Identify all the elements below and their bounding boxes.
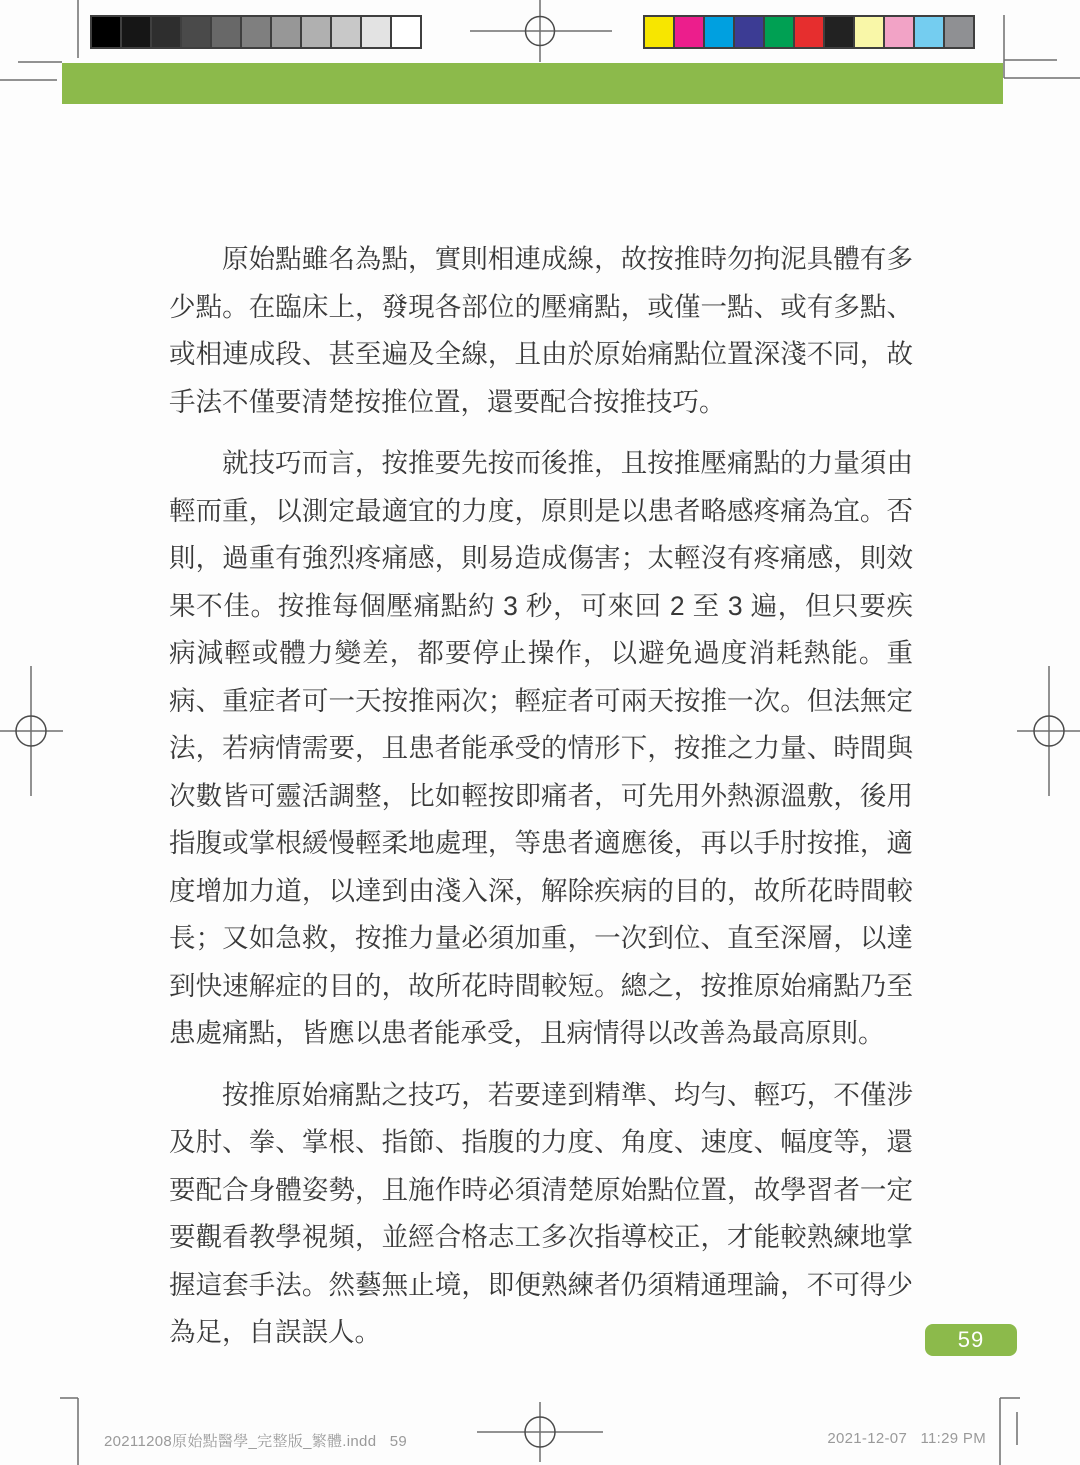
grayscale-swatch xyxy=(270,17,300,47)
color-swatch xyxy=(703,17,733,47)
color-swatch xyxy=(673,17,703,47)
grayscale-swatch xyxy=(92,17,120,47)
grayscale-swatch xyxy=(150,17,180,47)
grayscale-swatch xyxy=(330,17,360,47)
footer-datetime: 2021-12-07 11:29 PM xyxy=(827,1430,986,1447)
color-swatch xyxy=(943,17,973,47)
grayscale-swatch xyxy=(120,17,150,47)
grayscale-swatch xyxy=(360,17,390,47)
color-swatch xyxy=(853,17,883,47)
grayscale-swatch xyxy=(300,17,330,47)
color-swatch xyxy=(645,17,673,47)
registration-mark-top-circle xyxy=(526,17,555,46)
grayscale-swatch xyxy=(390,17,420,47)
registration-mark-bottom-circle xyxy=(525,1417,555,1447)
footer-time: 11:29 PM xyxy=(921,1430,987,1447)
page-number-badge: 59 xyxy=(925,1324,1017,1356)
paragraph-1: 原始點雖名為點，實則相連成線，故按推時勿拘泥具體有多少點。在臨床上，發現各部位的… xyxy=(169,236,913,426)
page-number: 59 xyxy=(958,1327,984,1353)
book-page: 原始點雖名為點，實則相連成線，故按推時勿拘泥具體有多少點。在臨床上，發現各部位的… xyxy=(0,0,1080,1465)
color-swatch xyxy=(883,17,913,47)
registration-mark-left-circle xyxy=(16,716,46,746)
color-swatch xyxy=(793,17,823,47)
color-swatch xyxy=(913,17,943,47)
registration-mark-right-circle xyxy=(1034,716,1064,746)
paragraph-3: 按推原始痛點之技巧，若要達到精準、均勻、輕巧，不僅涉及肘、拳、掌根、指節、指腹的… xyxy=(169,1072,913,1357)
header-band xyxy=(62,63,1003,104)
grayscale-swatch xyxy=(180,17,210,47)
color-swatch xyxy=(733,17,763,47)
paragraph-2: 就技巧而言，按推要先按而後推，且按推壓痛點的力量須由輕而重，以測定最適宜的力度，… xyxy=(169,440,913,1058)
grayscale-swatch xyxy=(210,17,240,47)
color-swatch xyxy=(823,17,853,47)
footer-filename: 20211208原始點醫學_完整版_繁體.indd 59 xyxy=(104,1430,407,1451)
footer-date: 2021-12-07 xyxy=(827,1430,907,1447)
body-text: 原始點雖名為點，實則相連成線，故按推時勿拘泥具體有多少點。在臨床上，發現各部位的… xyxy=(169,236,913,1371)
grayscale-swatch xyxy=(240,17,270,47)
color-calibration-bar xyxy=(643,15,975,49)
color-swatch xyxy=(763,17,793,47)
grayscale-calibration-bar xyxy=(90,15,422,49)
